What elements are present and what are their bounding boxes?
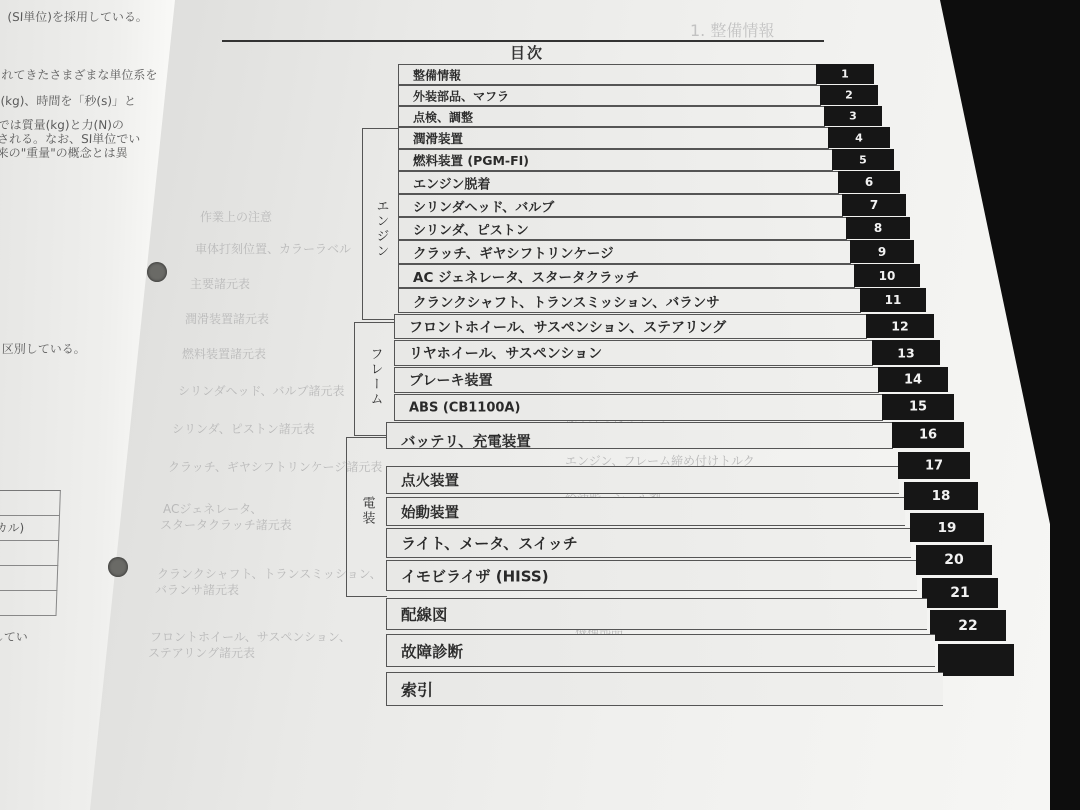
ghost-text: ACジェネレータ、 [163,500,262,517]
toc-entry-label: シリンダ、ピストン [413,219,529,238]
toc-entry-3[interactable]: 点検、調整 [398,106,825,127]
ghost-text: シリンダ、ピストン諸元表 [172,420,315,437]
group-engine: エンジン [362,128,399,320]
toc-entry-2[interactable]: 外装部品、マフラ [398,85,821,106]
section-tab-19[interactable]: 19 [910,513,984,542]
section-tab-1[interactable]: 1 [816,64,874,84]
toc-entry-22[interactable]: 故障診断 [386,634,935,667]
section-tab-number: 17 [898,458,970,473]
toc-entry-label: ブレーキ装置 [409,370,492,390]
section-tab-4[interactable]: 4 [828,127,890,148]
group-label-electrical: 電装 [358,496,377,526]
section-tab-number: 2 [820,89,878,102]
toc-entry-21[interactable]: 配線図 [386,598,927,630]
group-label-frame: フレーム [366,347,385,407]
section-tab-index[interactable] [938,644,1014,676]
toc-entry-label: 故障診断 [401,640,463,662]
ghost-text: シリンダヘッド、バルブ諸元表 [178,382,344,399]
ghost-text: 燃料装置諸元表 [182,345,266,362]
toc-entry-label: 整備情報 [413,66,461,83]
left-page-table-cell: スカル) [0,516,60,541]
section-tab-9[interactable]: 9 [850,240,914,263]
section-tab-number: 13 [872,345,940,360]
binder-hole [147,262,167,282]
toc-entry-16[interactable]: バッテリ、充電装置 [386,422,893,449]
toc-entry-index[interactable]: 索引 [386,672,943,706]
section-tab-number: 4 [828,131,890,144]
ghost-text: フロントホイール、サスペンション、 [150,628,351,645]
section-tab-number: 6 [838,175,900,189]
toc-entry-label: 燃料装置 (PGM-FI) [413,151,529,169]
section-tab-11[interactable]: 11 [860,288,926,312]
toc-entry-10[interactable]: AC ジェネレータ、スタータクラッチ [398,264,855,288]
left-page-text: れてきたさまざまな単位系を [1,66,158,83]
toc-entry-7[interactable]: シリンダヘッド、バルブ [398,194,843,217]
toc-entry-label: 点火装置 [401,470,459,491]
section-tab-number: 5 [832,153,894,166]
toc-entry-17[interactable]: 点火装置 [386,466,899,494]
section-tab-15[interactable]: 15 [882,394,954,420]
left-page-text: (SI単位)を採用している。 [7,8,148,25]
toc-entry-18[interactable]: 始動装置 [386,497,905,526]
group-frame: フレーム [354,322,395,436]
ghost-text: 主要諸元表 [190,275,250,292]
toc-entry-label: 潤滑装置 [413,129,463,147]
section-tab-number: 18 [904,488,978,504]
section-tab-5[interactable]: 5 [832,149,894,170]
toc-entry-label: クランクシャフト、トランスミッション、バランサ [413,291,720,311]
toc-entry-label: イモビライザ (HISS) [401,565,549,586]
toc-entry-label: エンジン脱着 [413,173,490,192]
toc-entry-label: AC ジェネレータ、スタータクラッチ [413,266,639,286]
toc-entry-4[interactable]: 潤滑装置 [398,127,829,149]
toc-entry-9[interactable]: クラッチ、ギヤシフトリンケージ [398,240,851,264]
section-tab-22[interactable]: 22 [930,610,1006,641]
section-tab-number: 15 [882,400,954,415]
toc-entry-5[interactable]: 燃料装置 (PGM-FI) [398,149,833,171]
toc-entry-label: バッテリ、充電装置 [401,430,531,451]
toc-entry-label: 始動装置 [401,501,459,522]
toc-entry-label: ライト、メータ、スイッチ [401,533,578,554]
toc-entry-label: クラッチ、ギヤシフトリンケージ [413,242,614,262]
section-tab-14[interactable]: 14 [878,367,948,392]
section-tab-number: 3 [824,110,882,123]
section-tab-3[interactable]: 3 [824,106,882,126]
toc-entry-label: リヤホイール、サスペンション [409,343,602,363]
toc-entry-label: 外装部品、マフラ [413,87,509,104]
section-tab-number: 21 [922,585,998,601]
left-page-table: スカル) [0,490,61,611]
toc-entry-20[interactable]: イモビライザ (HISS) [386,560,917,591]
section-tab-number: 10 [854,269,920,283]
section-tab-6[interactable]: 6 [838,171,900,193]
toc-entry-11[interactable]: クランクシャフト、トランスミッション、バランサ [398,288,861,313]
toc-entry-13[interactable]: リヤホイール、サスペンション [394,340,873,366]
toc-entry-label: シリンダヘッド、バルブ [413,196,554,215]
section-tab-number: 7 [842,198,906,212]
section-tab-number: 14 [878,372,948,387]
toc-entry-14[interactable]: ブレーキ装置 [394,367,879,393]
group-label-engine: エンジン [372,199,391,259]
section-tab-10[interactable]: 10 [854,264,920,287]
toc-entry-1[interactable]: 整備情報 [398,64,817,85]
ghost-text: ステアリング諸元表 [148,644,255,661]
section-tab-number: 22 [930,618,1006,634]
toc-entry-label: ABS (CB1100A) [409,400,520,415]
ghost-text: 作業上の注意 [200,208,272,225]
section-tab-21[interactable]: 21 [922,578,998,608]
section-tab-number: 20 [916,552,992,568]
section-tab-12[interactable]: 12 [866,314,934,338]
toc-entry-label: 点検、調整 [413,108,473,125]
left-page-text: (kg)、時間を「秒(s)」と [0,92,136,109]
toc-entry-19[interactable]: ライト、メータ、スイッチ [386,528,911,558]
toc-entry-6[interactable]: エンジン脱着 [398,171,839,194]
ghost-text: 車体打刻位置、カラーラベル [195,240,351,257]
ghost-text: スタータクラッチ諸元表 [160,516,292,533]
left-page-text: 表してい [0,628,28,645]
section-tab-number: 11 [860,293,926,307]
binder-hole [108,557,128,577]
toc-entry-12[interactable]: フロントホイール、サスペンション、ステアリング [394,314,867,339]
section-tab-number: 9 [850,245,914,259]
section-tab-16[interactable]: 16 [892,422,964,448]
section-tab-number: 19 [910,520,984,536]
section-tab-8[interactable]: 8 [846,217,910,239]
section-tab-17[interactable]: 17 [898,452,970,479]
toc-entry-label: 配線図 [401,603,448,625]
section-tab-18[interactable]: 18 [904,482,978,510]
section-tab-13[interactable]: 13 [872,340,940,365]
toc-entry-15[interactable]: ABS (CB1100A) [394,394,883,421]
section-tab-number: 16 [892,428,964,443]
toc-entry-label: 索引 [401,678,433,701]
section-tab-20[interactable]: 20 [916,545,992,575]
toc-title: 目次 [510,42,544,63]
section-tab-number: 12 [866,319,934,334]
section-tab-7[interactable]: 7 [842,194,906,216]
left-page-text: と区別している。 [0,340,86,357]
toc-entry-label: フロントホイール、サスペンション、ステアリング [409,317,726,337]
toc-entry-8[interactable]: シリンダ、ピストン [398,217,847,240]
ghost-text: 潤滑装置諸元表 [185,310,269,327]
section-tab-2[interactable]: 2 [820,85,878,105]
group-electrical: 電装 [346,437,387,597]
left-page-text: 来の"重量"の概念とは異 [0,144,128,161]
section-tab-number: 8 [846,221,910,235]
section-tab-number: 1 [816,68,874,81]
ghost-header-text: 1. 整備情報 [690,18,774,41]
ghost-text: バランサ諸元表 [155,581,239,598]
